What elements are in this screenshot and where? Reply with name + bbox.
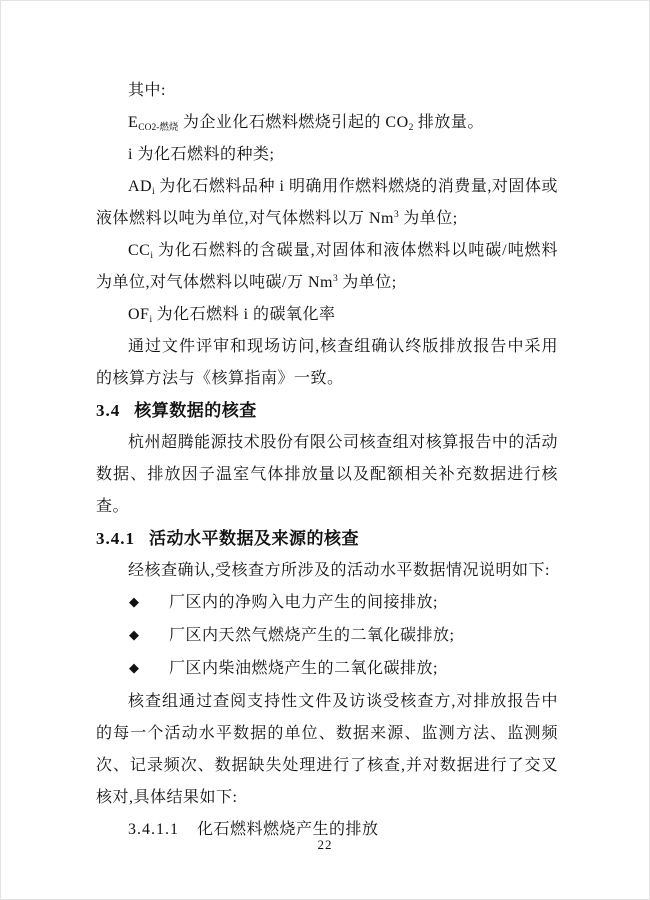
page-number: 22 (1, 837, 649, 853)
diamond-bullet-icon: ◆ (129, 587, 142, 619)
list-item-text: 厂区内柴油燃烧产生的二氧化碳排放; (169, 660, 438, 677)
paragraph-text: 为企业化石燃料燃烧引起的 CO (178, 114, 408, 131)
paragraph-text: 核查组通过查阅支持性文件及访谈受核查方,对排放报告中的每一个活动水平数据的单位、… (96, 693, 558, 806)
section-number: 3.4.1.1 (128, 821, 179, 838)
variable-symbol: AD (128, 178, 152, 195)
paragraph-conclusion: 通过文件评审和现场访问,核查组确认终版排放报告中采用的核算方法与《核算指南》一致… (96, 331, 558, 395)
paragraph-text: i 为化石燃料的种类; (128, 146, 274, 163)
variable-symbol: OF (128, 306, 149, 323)
paragraph-text: 排放量。 (413, 114, 484, 131)
paragraph-text: 为化石燃料 i 的碳氧化率 (152, 306, 335, 323)
section-heading-3-4: 3.4核算数据的核查 (96, 395, 558, 427)
page-content: 其中: ECO2-燃烧 为企业化石燃料燃烧引起的 CO2 排放量。 i 为化石燃… (96, 75, 558, 846)
paragraph-text: 通过文件评审和现场访问,核查组确认终版排放报告中采用的核算方法与《核算指南》一致… (96, 338, 558, 387)
list-item: ◆厂区内的净购入电力产生的间接排放; (96, 587, 558, 620)
diamond-bullet-icon: ◆ (129, 620, 142, 652)
variable-subscript: i (152, 187, 155, 197)
section-number: 3.4.1 (96, 529, 135, 548)
paragraph-text: 为单位; (399, 210, 458, 227)
paragraph-text: 其中: (128, 82, 166, 99)
co2-subscript: 2 (409, 123, 414, 133)
paragraph-text: 为单位; (338, 274, 397, 291)
unit-superscript: 3 (333, 274, 338, 284)
section-title: 化石燃料燃烧产生的排放 (197, 821, 379, 838)
section-title: 核算数据的核查 (134, 401, 257, 420)
paragraph-i-definition: i 为化石燃料的种类; (96, 139, 558, 171)
report-page: 其中: ECO2-燃烧 为企业化石燃料燃烧引起的 CO2 排放量。 i 为化石燃… (0, 0, 650, 900)
diamond-bullet-icon: ◆ (129, 653, 142, 685)
variable-subscript: CO2-燃烧 (138, 123, 178, 133)
paragraph-text: 为化石燃料的含碳量,对固体和液体燃料以吨碳/吨燃料为单位,对气体燃料以吨碳/万 … (96, 242, 558, 291)
section-heading-3-4-1: 3.4.1活动水平数据及来源的核查 (96, 523, 558, 555)
list-item-text: 厂区内的净购入电力产生的间接排放; (169, 594, 438, 611)
list-item: ◆厂区内柴油燃烧产生的二氧化碳排放; (96, 653, 558, 686)
variable-symbol: CC (128, 242, 150, 259)
paragraph-crosscheck: 核查组通过查阅支持性文件及访谈受核查方,对排放报告中的每一个活动水平数据的单位、… (96, 686, 558, 814)
paragraph-ad-definition: ADi 为化石燃料品种 i 明确用作燃料燃烧的消费量,对固体或液体燃料以吨为单位… (96, 171, 558, 235)
variable-symbol: E (128, 114, 138, 131)
paragraph-cc-definition: CCi 为化石燃料的含碳量,对固体和液体燃料以吨碳/吨燃料为单位,对气体燃料以吨… (96, 235, 558, 299)
list-item-text: 厂区内天然气燃烧产生的二氧化碳排放; (169, 627, 454, 644)
paragraph-e-co2-definition: ECO2-燃烧 为企业化石燃料燃烧引起的 CO2 排放量。 (96, 107, 558, 139)
unit-superscript: 3 (394, 210, 399, 220)
section-title: 活动水平数据及来源的核查 (149, 529, 359, 548)
list-item: ◆厂区内天然气燃烧产生的二氧化碳排放; (96, 620, 558, 653)
section-number: 3.4 (96, 401, 120, 420)
paragraph-intro-label: 其中: (96, 75, 558, 107)
paragraph-text: 杭州超腾能源技术股份有限公司核查组对核算报告中的活动数据、排放因子温室气体排放量… (96, 434, 558, 515)
paragraph-text: 为化石燃料品种 i 明确用作燃料燃烧的消费量,对固体或液体燃料以吨为单位,对气体… (96, 178, 558, 227)
variable-subscript: i (150, 251, 153, 261)
paragraph-text: 经核查确认,受核查方所涉及的活动水平数据情况说明如下: (128, 562, 550, 579)
variable-subscript: i (149, 315, 152, 325)
paragraph-3-4-1-intro: 经核查确认,受核查方所涉及的活动水平数据情况说明如下: (96, 555, 558, 587)
paragraph-3-4: 杭州超腾能源技术股份有限公司核查组对核算报告中的活动数据、排放因子温室气体排放量… (96, 427, 558, 523)
paragraph-of-definition: OFi 为化石燃料 i 的碳氧化率 (96, 299, 558, 331)
